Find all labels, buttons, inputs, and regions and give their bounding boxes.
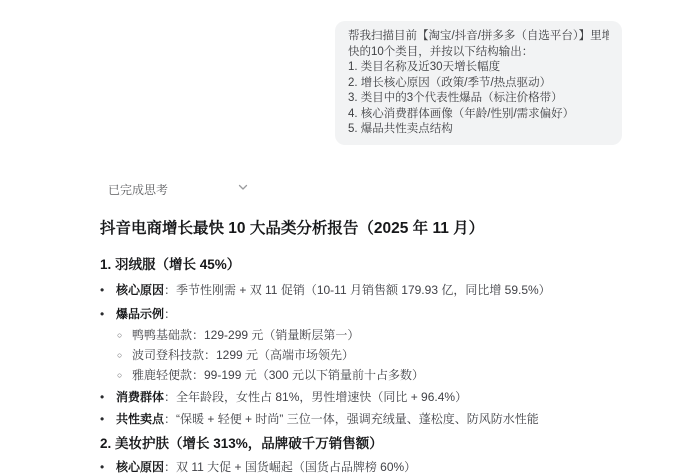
bullet-item-common-selling-points: • 共性卖点：“保暖 + 轻便 + 时尚” 三位一体，强调充绒量、蓬松度、防风防… <box>100 411 605 427</box>
sub-bullet-text: 雅鹿轻便款：99-199 元（300 元以下销量前十占多数） <box>132 367 605 383</box>
bullet-dot-icon: • <box>100 282 116 298</box>
bullet-label: 共性卖点 <box>116 412 164 426</box>
bullet-label: 核心原因 <box>116 460 164 474</box>
bullet-text: 共性卖点：“保暖 + 轻便 + 时尚” 三位一体，强调充绒量、蓬松度、防风防水性… <box>116 411 605 427</box>
user-message-line: 帮我扫描目前【淘宝/抖音/拼多多（自选平台）】里增长最 <box>348 29 609 45</box>
circle-bullet-icon: ○ <box>116 367 132 383</box>
bullet-text: 消费群体：全年龄段，女性占 81%，男性增速快（同比 + 96.4%） <box>116 389 605 405</box>
bullet-text: 核心原因：季节性刚需 + 双 11 促销（10-11 月销售额 179.93 亿… <box>116 282 605 298</box>
bullet-dot-icon: • <box>100 306 116 322</box>
bullet-label: 核心原因 <box>116 283 164 297</box>
circle-bullet-icon: ○ <box>116 347 132 363</box>
user-message-line: 4. 核心消费群体画像（年龄/性别/需求偏好） <box>348 107 609 123</box>
bullet-value: ：季节性刚需 + 双 11 促销（10-11 月销售额 179.93 亿，同比增… <box>164 283 551 297</box>
sub-bullet-item: ○ 鸭鸭基础款：129-299 元（销量断层第一） <box>116 327 605 343</box>
section-heading: 1. 羽绒服（增长 45%） <box>100 256 605 274</box>
bullet-dot-icon: • <box>100 411 116 427</box>
section-heading: 2. 美妆护肤（增长 313%，品牌破千万销售额） <box>100 435 605 453</box>
bullet-text: 爆品示例： <box>116 306 605 322</box>
user-message-bubble: 帮我扫描目前【淘宝/抖音/拼多多（自选平台）】里增长最 快的10个类目，并按以下… <box>335 21 622 145</box>
bullet-item-core-reason: • 核心原因：季节性刚需 + 双 11 促销（10-11 月销售额 179.93… <box>100 282 605 298</box>
user-message-line: 1. 类目名称及近30天增长幅度 <box>348 60 609 76</box>
bullet-dot-icon: • <box>100 459 116 475</box>
report-section-down-jackets: 1. 羽绒服（增长 45%） • 核心原因：季节性刚需 + 双 11 促销（10… <box>100 256 605 427</box>
bullet-item-core-reason: • 核心原因：双 11 大促 + 国货崛起（国货占品牌榜 60%） <box>100 459 605 475</box>
bullet-label: 消费群体 <box>116 390 164 404</box>
bullet-label: 爆品示例 <box>116 307 164 321</box>
sub-bullet-text: 鸭鸭基础款：129-299 元（销量断层第一） <box>132 327 605 343</box>
thinking-complete-toggle[interactable]: 已完成思考 <box>108 183 168 197</box>
user-message-line: 2. 增长核心原因（政策/季节/热点驱动） <box>348 76 609 92</box>
sub-bullet-item: ○ 雅鹿轻便款：99-199 元（300 元以下销量前十占多数） <box>116 367 605 383</box>
bullet-value: ：“保暖 + 轻便 + 时尚” 三位一体，强调充绒量、蓬松度、防风防水性能 <box>164 412 539 426</box>
bullet-text: 核心原因：双 11 大促 + 国货崛起（国货占品牌榜 60%） <box>116 459 605 475</box>
report-title: 抖音电商增长最快 10 大品类分析报告（2025 年 11 月） <box>100 218 605 240</box>
sub-bullet-text: 波司登科技款：1299 元（高端市场领先） <box>132 347 605 363</box>
hot-products-sub-list: ○ 鸭鸭基础款：129-299 元（销量断层第一） ○ 波司登科技款：1299 … <box>100 327 605 383</box>
user-message-line: 快的10个类目，并按以下结构输出： <box>348 45 609 61</box>
sub-bullet-item: ○ 波司登科技款：1299 元（高端市场领先） <box>116 347 605 363</box>
chevron-down-icon[interactable] <box>234 178 252 196</box>
bullet-value: ： <box>164 307 176 321</box>
assistant-report: 抖音电商增长最快 10 大品类分析报告（2025 年 11 月） 1. 羽绒服（… <box>100 218 605 475</box>
bullet-value: ：全年龄段，女性占 81%，男性增速快（同比 + 96.4%） <box>164 390 467 404</box>
circle-bullet-icon: ○ <box>116 327 132 343</box>
chat-conversation: 帮我扫描目前【淘宝/抖音/拼多多（自选平台）】里增长最 快的10个类目，并按以下… <box>0 0 690 475</box>
user-message-line: 5. 爆品共性卖点结构 <box>348 122 609 138</box>
bullet-item-hot-products: • 爆品示例： <box>100 306 605 322</box>
report-section-beauty-skincare: 2. 美妆护肤（增长 313%，品牌破千万销售额） • 核心原因：双 11 大促… <box>100 435 605 475</box>
bullet-dot-icon: • <box>100 389 116 405</box>
bullet-item-consumer-group: • 消费群体：全年龄段，女性占 81%，男性增速快（同比 + 96.4%） <box>100 389 605 405</box>
user-message-line: 3. 类目中的3个代表性爆品（标注价格带） <box>348 91 609 107</box>
bullet-value: ：双 11 大促 + 国货崛起（国货占品牌榜 60%） <box>164 460 416 474</box>
